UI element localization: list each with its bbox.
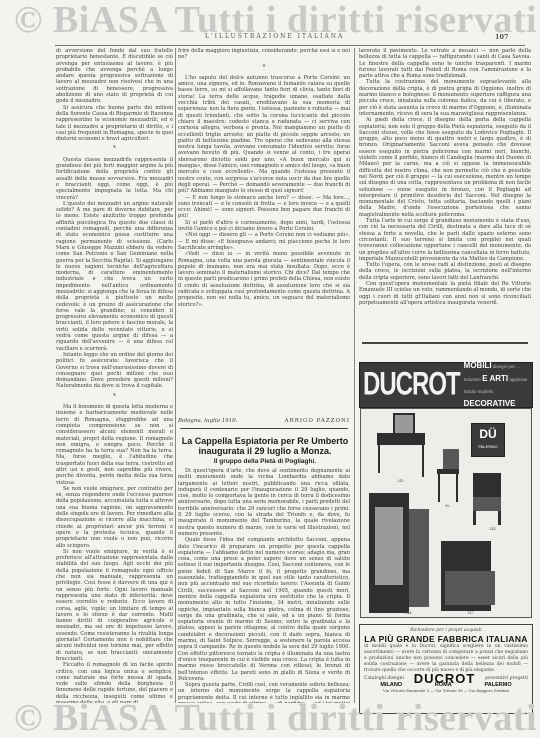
paragraph: di avversione del fondo dal suo fratello… <box>56 48 173 105</box>
column-divider <box>175 48 176 703</box>
section-break-star: * <box>178 65 350 71</box>
paragraph: Ma il fenomeno di questa lotta moderna e… <box>56 404 173 486</box>
paragraph: Tutta la costruzione del monumento sopra… <box>359 79 531 117</box>
paragraph: Ai piedi della croce, il disegno della p… <box>359 117 531 218</box>
monogram-icon: DÜ <box>472 424 504 444</box>
article-signature: Bologna, luglio 1910. ARRIGO PAZZONI <box>178 414 350 424</box>
ad-separator <box>362 342 528 344</box>
paragraph: Questa classe mezzadrile rappresenta il … <box>56 157 173 201</box>
banner-text: disegni per ... <box>493 364 520 369</box>
ducrot-brand-logo: DUCROT <box>360 366 460 404</box>
paragraph: frire della maggiore ingiustizia, consid… <box>178 48 350 61</box>
logo-city: PALERMO <box>472 444 504 449</box>
banner-word-earti: E ARTI <box>482 374 508 383</box>
paragraph: Si si parlò d'altro e curiosamente, dopo… <box>178 220 350 233</box>
ducrot-monogram-logo: DÜ PALERMO <box>471 423 505 457</box>
paragraph: Intanto leggo che un ordine del giorno d… <box>56 352 173 390</box>
banner-word-mobili: MOBILI <box>464 361 492 370</box>
paragraph: Con quest'opera monumentale la pietà fil… <box>359 281 531 306</box>
section-break-star: * <box>56 146 173 152</box>
banner-text: Industrie <box>464 377 481 382</box>
ad-headline: LA PIÙ GRANDE FABBRICA ITALIANA <box>364 636 528 642</box>
banner-word-decorative: DECORATIVE <box>464 399 516 408</box>
column-2-article-1: frire della maggiore ingiustizia, consid… <box>178 48 350 423</box>
paragraph: «Noi oggi — dissero gli — a Porto Corsin… <box>178 232 350 251</box>
column-3: lavorato il pavimento. Le vetrate a mosa… <box>359 48 531 318</box>
banner-taglines: MOBILI disegni per ... Industrie E ARTI … <box>464 360 532 411</box>
paragraph: Quale fosse l'idea del compianto archite… <box>178 537 350 682</box>
dateline: Bologna, luglio 1910. <box>178 418 237 424</box>
paragraph: Tutta l'arte in cui sorge il grandioso m… <box>359 218 531 262</box>
copyright-watermark-top: © BiASA Tutti i diritti riservati <box>14 0 537 42</box>
ducrot-ad-banner: DUCROT MOBILI disegni per ... Industrie … <box>359 362 533 408</box>
paragraph: Di quest'opera d'arte, che deve al senti… <box>178 468 350 537</box>
copyright-watermark-bottom: © BiASA Tutti i diritti riservati <box>14 696 537 738</box>
banner-text: applicate <box>509 377 527 382</box>
section-break-star: * <box>56 394 173 400</box>
author: ARRIGO PAZZONI <box>285 418 350 424</box>
column-divider <box>354 48 355 703</box>
article-subheadline: Il gruppo della Pietà di Pogliaghi. <box>180 458 350 465</box>
paragraph: L'ho saputo del dolce autunno trascorso … <box>178 75 350 195</box>
column-1: di avversione del fondo dal suo fratello… <box>56 48 173 703</box>
ad-addresses: Via Vittorio Emanuele 3 — Via Tritone 36… <box>364 688 528 694</box>
furniture-illustration: DÜ PALERMO 245 96 244 144 147 <box>360 408 532 618</box>
paragraph: Si assicura che buona parte dei milioni … <box>56 105 173 143</box>
paragraph: «Vedi — dissi io — in verità meno possib… <box>178 251 350 308</box>
article-separator <box>180 428 348 429</box>
paragraph: — E non lungo lo stomaco anche loro? — d… <box>178 195 350 220</box>
article-headline: La Cappella Espiatoria per Re Umberto in… <box>180 436 350 456</box>
column-2-article-2: Di quest'opera d'arte, che deve al senti… <box>178 468 350 703</box>
banner-text: Studio modello <box>464 389 494 394</box>
paragraph: Tutto l'opera, con le erose radi al dist… <box>359 262 531 281</box>
ad-body: di mobili quale è la Ducrot, significa s… <box>364 644 528 674</box>
paragraph: lavorato il pavimento. Le vetrate a mosa… <box>359 48 531 79</box>
paragraph: Si non vuole emigrare, in verità è si pr… <box>56 549 173 662</box>
paragraph: Se non vuole emigrare, per contratto per… <box>56 486 173 549</box>
paragraph: L'questo dei mezzadri un argine naturale… <box>56 201 173 352</box>
header-rule <box>55 45 525 46</box>
